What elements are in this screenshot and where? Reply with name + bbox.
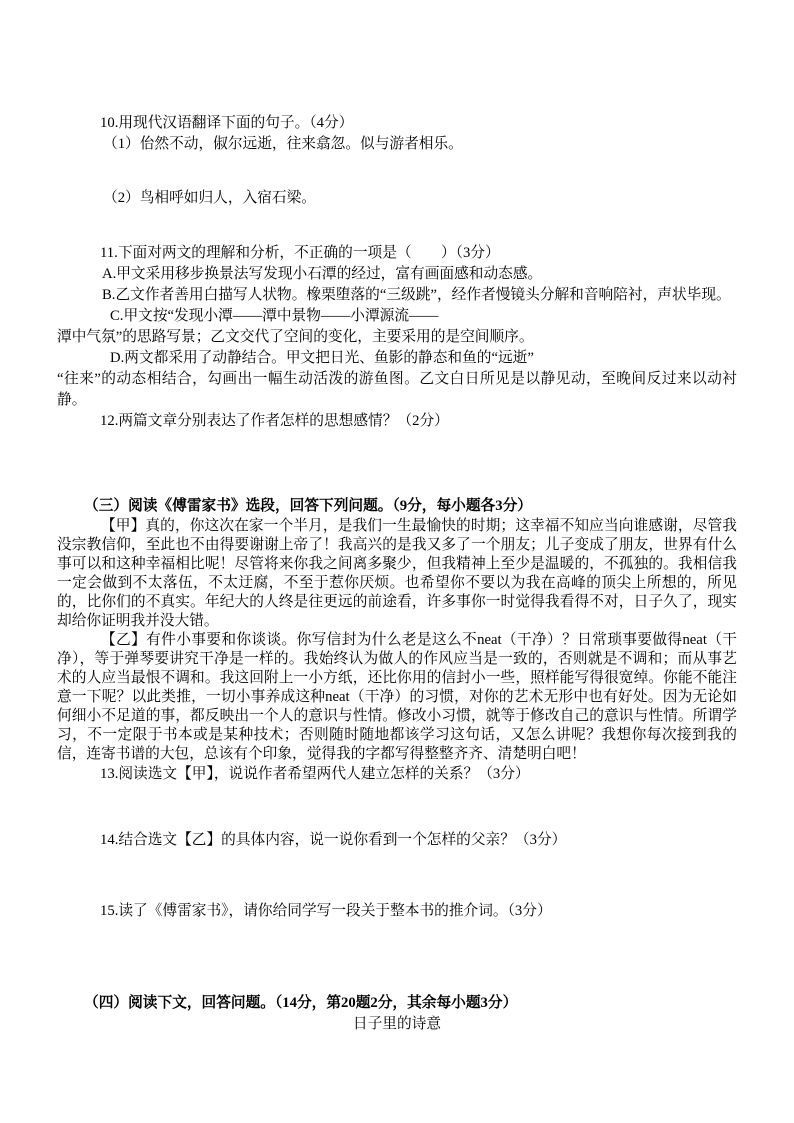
question-11-option-d-line2: “往来”的动态相结合，勾画出一幅生动活泼的游鱼图。乙文白日所见是以静见动，至晚间… [57, 369, 737, 411]
question-11-option-c-line1: C.甲文按“发现小潭——潭中景物——小潭源流—— [110, 306, 737, 327]
question-11-stem: 11.下面对两文的理解和分析，不正确的一项是（ ）（3分） [100, 243, 737, 264]
section-4-header: （四）阅读下文，回答问题。（14分，第20题2分，其余每小题3分） [84, 993, 737, 1014]
question-12-stem: 12.两篇文章分别表达了作者怎样的思想感情？（2分） [100, 411, 737, 432]
question-14-stem: 14.结合选文【乙】的具体内容，说一说你看到一个怎样的父亲？（3分） [100, 830, 737, 851]
question-11-option-c-line2: 潭中气氛”的思路写景；乙文交代了空间的变化，主要采用的是空间顺序。 [57, 327, 737, 348]
section-3-header: （三）阅读《傅雷家书》选段，回答下列问题。（9分，每小题各3分） [84, 496, 737, 517]
question-11-option-d-line1: D.两文都采用了动静结合。甲文把日光、鱼影的静态和鱼的“远逝” [110, 348, 737, 369]
exam-page: 10.用现代汉语翻译下面的句子。（4分） （1）佁然不动，俶尔远逝，往来翕忽。似… [0, 0, 794, 1123]
question-10-part1: （1）佁然不动，俶尔远逝，往来翕忽。似与游者相乐。 [103, 134, 737, 155]
passage-yi: 【乙】有件小事要和你谈谈。你写信封为什么老是这么不neat（干净）？日常琐事要做… [57, 631, 737, 764]
question-11-option-a: A.甲文采用移步换景法写发现小石潭的经过，富有画面感和动态感。 [102, 264, 737, 285]
question-11-option-b: B.乙文作者善用白描写人状物。橡栗堕落的“三级跳”，经作者慢镜头分解和音响陪衬，… [102, 285, 737, 306]
passage-jia: 【甲】真的，你这次在家一个半月，是我们一生最愉快的时期；这幸福不知应当向谁感谢，… [57, 517, 737, 631]
reading-passage-title: 日子里的诗意 [57, 1014, 737, 1035]
question-13-stem: 13.阅读选文【甲】，说说作者希望两代人建立怎样的关系？（3分） [100, 764, 737, 785]
question-15-stem: 15.读了《傅雷家书》，请你给同学写一段关于整本书的推介词。（3分） [100, 901, 737, 922]
question-10-part2: （2）鸟相呼如归人，入宿石梁。 [103, 188, 737, 209]
question-10-stem: 10.用现代汉语翻译下面的句子。（4分） [100, 113, 737, 134]
